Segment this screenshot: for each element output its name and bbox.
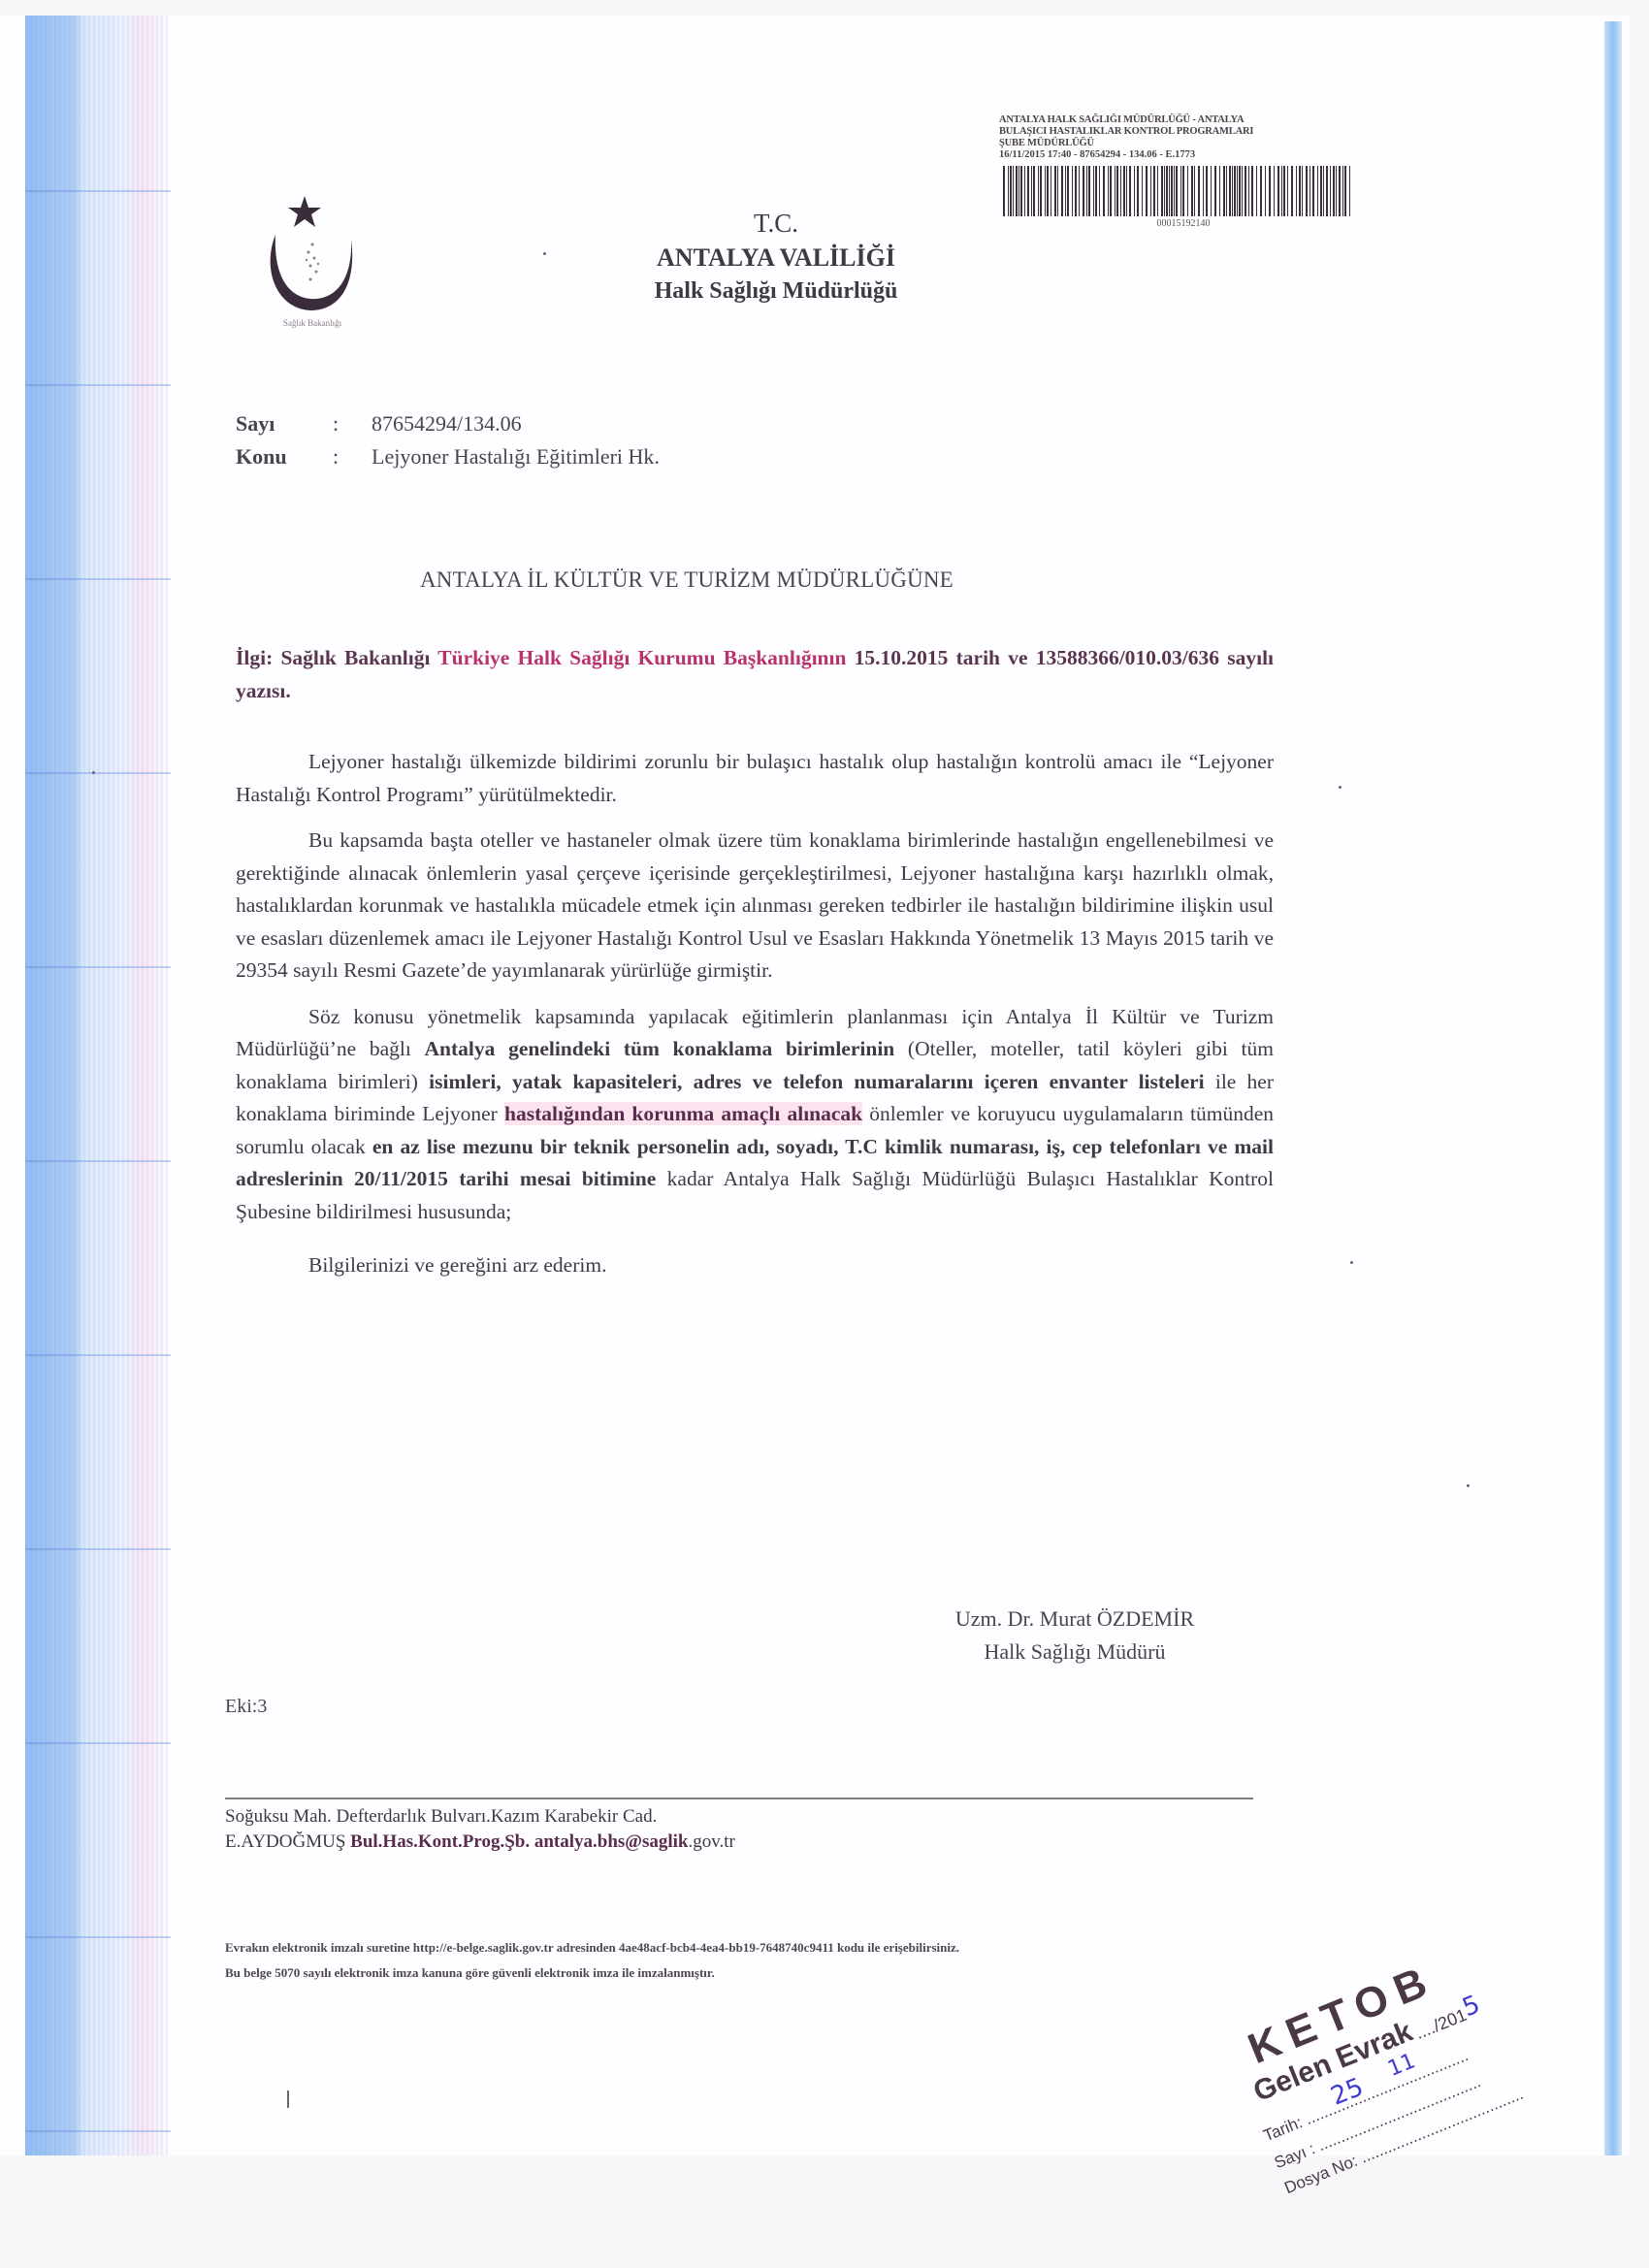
scan-artifact-right (1604, 21, 1622, 2155)
ilgi-label: İlgi: (236, 646, 273, 669)
p3-bold-segment: Antalya genelindeki tüm konaklama biriml… (425, 1037, 895, 1060)
ilgi-text-a: Sağlık Bakanlığı (280, 646, 430, 669)
svg-text:Sağlık Bakanlığı: Sağlık Bakanlığı (283, 318, 342, 328)
attachment-count: Eki:3 (225, 1696, 267, 1718)
e-signature-notice: Evrakın elektronik imzalı suretine http:… (225, 1935, 959, 1986)
separator: : (333, 407, 372, 440)
scan-speck (1350, 1261, 1353, 1264)
registry-line-2: BULAŞICI HASTALIKLAR KONTROL PROGRAMLARI (999, 126, 1368, 138)
footer-address: Soğuksu Mah. Defterdarlık Bulvarı.Kazım … (225, 1804, 735, 1830)
letterhead-directorate: Halk Sağlığı Müdürlüğü (543, 275, 1009, 307)
scan-speck (1467, 1484, 1470, 1487)
crescent-star-icon: Sağlık Bakanlığı (254, 184, 371, 330)
signatory-title: Halk Sağlığı Müdürü (920, 1636, 1230, 1669)
signatory-name: Uzm. Dr. Murat ÖZDEMİR (920, 1603, 1230, 1636)
footer-contact-line: E.AYDOĞMUŞ Bul.Has.Kont.Prog.Şb. antalya… (225, 1830, 735, 1855)
document-meta: Sayı : 87654294/134.06 Konu : Lejyoner H… (236, 407, 660, 473)
letter-body: İlgi: Sağlık Bakanlığı Türkiye Halk Sağl… (236, 642, 1274, 1282)
scan-speck (92, 771, 95, 774)
scan-speck (1339, 786, 1342, 789)
letterhead-tc: T.C. (543, 206, 1009, 241)
closing-line: Bilgilerinizi ve gereğini arz ederim. (236, 1249, 1274, 1282)
contact-name: E.AYDOĞMUŞ (225, 1831, 345, 1852)
registry-meta: 16/11/2015 17:40 - 87654294 - 134.06 - E… (999, 149, 1368, 160)
addressee: ANTALYA İL KÜLTÜR VE TURİZM MÜDÜRLÜĞÜNE (420, 567, 954, 593)
reference-line: İlgi: Sağlık Bakanlığı Türkiye Halk Sağl… (236, 642, 1274, 707)
ilgi-text-b: Türkiye Halk Sağlığı Kurumu Başkanlığını… (437, 646, 846, 669)
konu-label: Konu (236, 440, 333, 473)
footer-divider (225, 1798, 1253, 1799)
konu-value: Lejyoner Hastalığı Eğitimleri Hk. (372, 440, 660, 473)
registry-line-1: ANTALYA HALK SAĞLIĞI MÜDÜRLÜĞÜ - ANTALYA (999, 114, 1368, 126)
tarih-label: Tarih: (1261, 2113, 1306, 2145)
letterhead-governorship: ANTALYA VALİLİĞİ (543, 241, 1009, 275)
stamp-year-prefix: ..../201 (1412, 2005, 1470, 2044)
contact-unit: Bul.Has.Kont.Prog.Şb. (350, 1831, 530, 1852)
barcode-number: 00015192140 (999, 218, 1368, 229)
registry-line-3: ŞUBE MÜDÜRLÜĞÜ (999, 138, 1368, 149)
sayi-label: Sayı (236, 407, 333, 440)
paragraph-3: Söz konusu yönetmelik kapsamında yapılac… (236, 1001, 1274, 1229)
email-user: antalya.bhs@saglik (534, 1831, 689, 1852)
scan-mark (287, 2090, 289, 2108)
esign-line-1: Evrakın elektronik imzalı suretine http:… (225, 1935, 959, 1960)
letterhead: T.C. ANTALYA VALİLİĞİ Halk Sağlığı Müdür… (543, 206, 1009, 307)
registry-barcode-stamp: ANTALYA HALK SAĞLIĞI MÜDÜRLÜĞÜ - ANTALYA… (999, 114, 1368, 229)
separator: : (333, 440, 372, 473)
email-domain: .gov.tr (689, 1831, 735, 1852)
signature-block: Uzm. Dr. Murat ÖZDEMİR Halk Sağlığı Müdü… (920, 1603, 1230, 1669)
paragraph-2: Bu kapsamda başta oteller ve hastaneler … (236, 825, 1274, 988)
sayi-value: 87654294/134.06 (372, 407, 522, 440)
footer-contact: Soğuksu Mah. Defterdarlık Bulvarı.Kazım … (225, 1804, 735, 1855)
esign-line-2: Bu belge 5070 sayılı elektronik imza kan… (225, 1960, 959, 1986)
scan-speck (543, 252, 546, 255)
scan-artifact-left (25, 16, 171, 2155)
p3-highlight-segment: hastalığından korunma amaçlı alınacak (504, 1102, 862, 1125)
ministry-emblem: Sağlık Bakanlığı (254, 184, 371, 330)
contact-email[interactable]: antalya.bhs@saglik.gov.tr (534, 1831, 735, 1852)
paragraph-1: Lejyoner hastalığı ülkemizde bildirimi z… (236, 746, 1274, 811)
barcode-icon (999, 166, 1358, 216)
meta-row-konu: Konu : Lejyoner Hastalığı Eğitimleri Hk. (236, 440, 660, 473)
p3-bold-segment: isimleri, yatak kapasiteleri, adres ve t… (429, 1070, 1205, 1093)
meta-row-sayi: Sayı : 87654294/134.06 (236, 407, 660, 440)
